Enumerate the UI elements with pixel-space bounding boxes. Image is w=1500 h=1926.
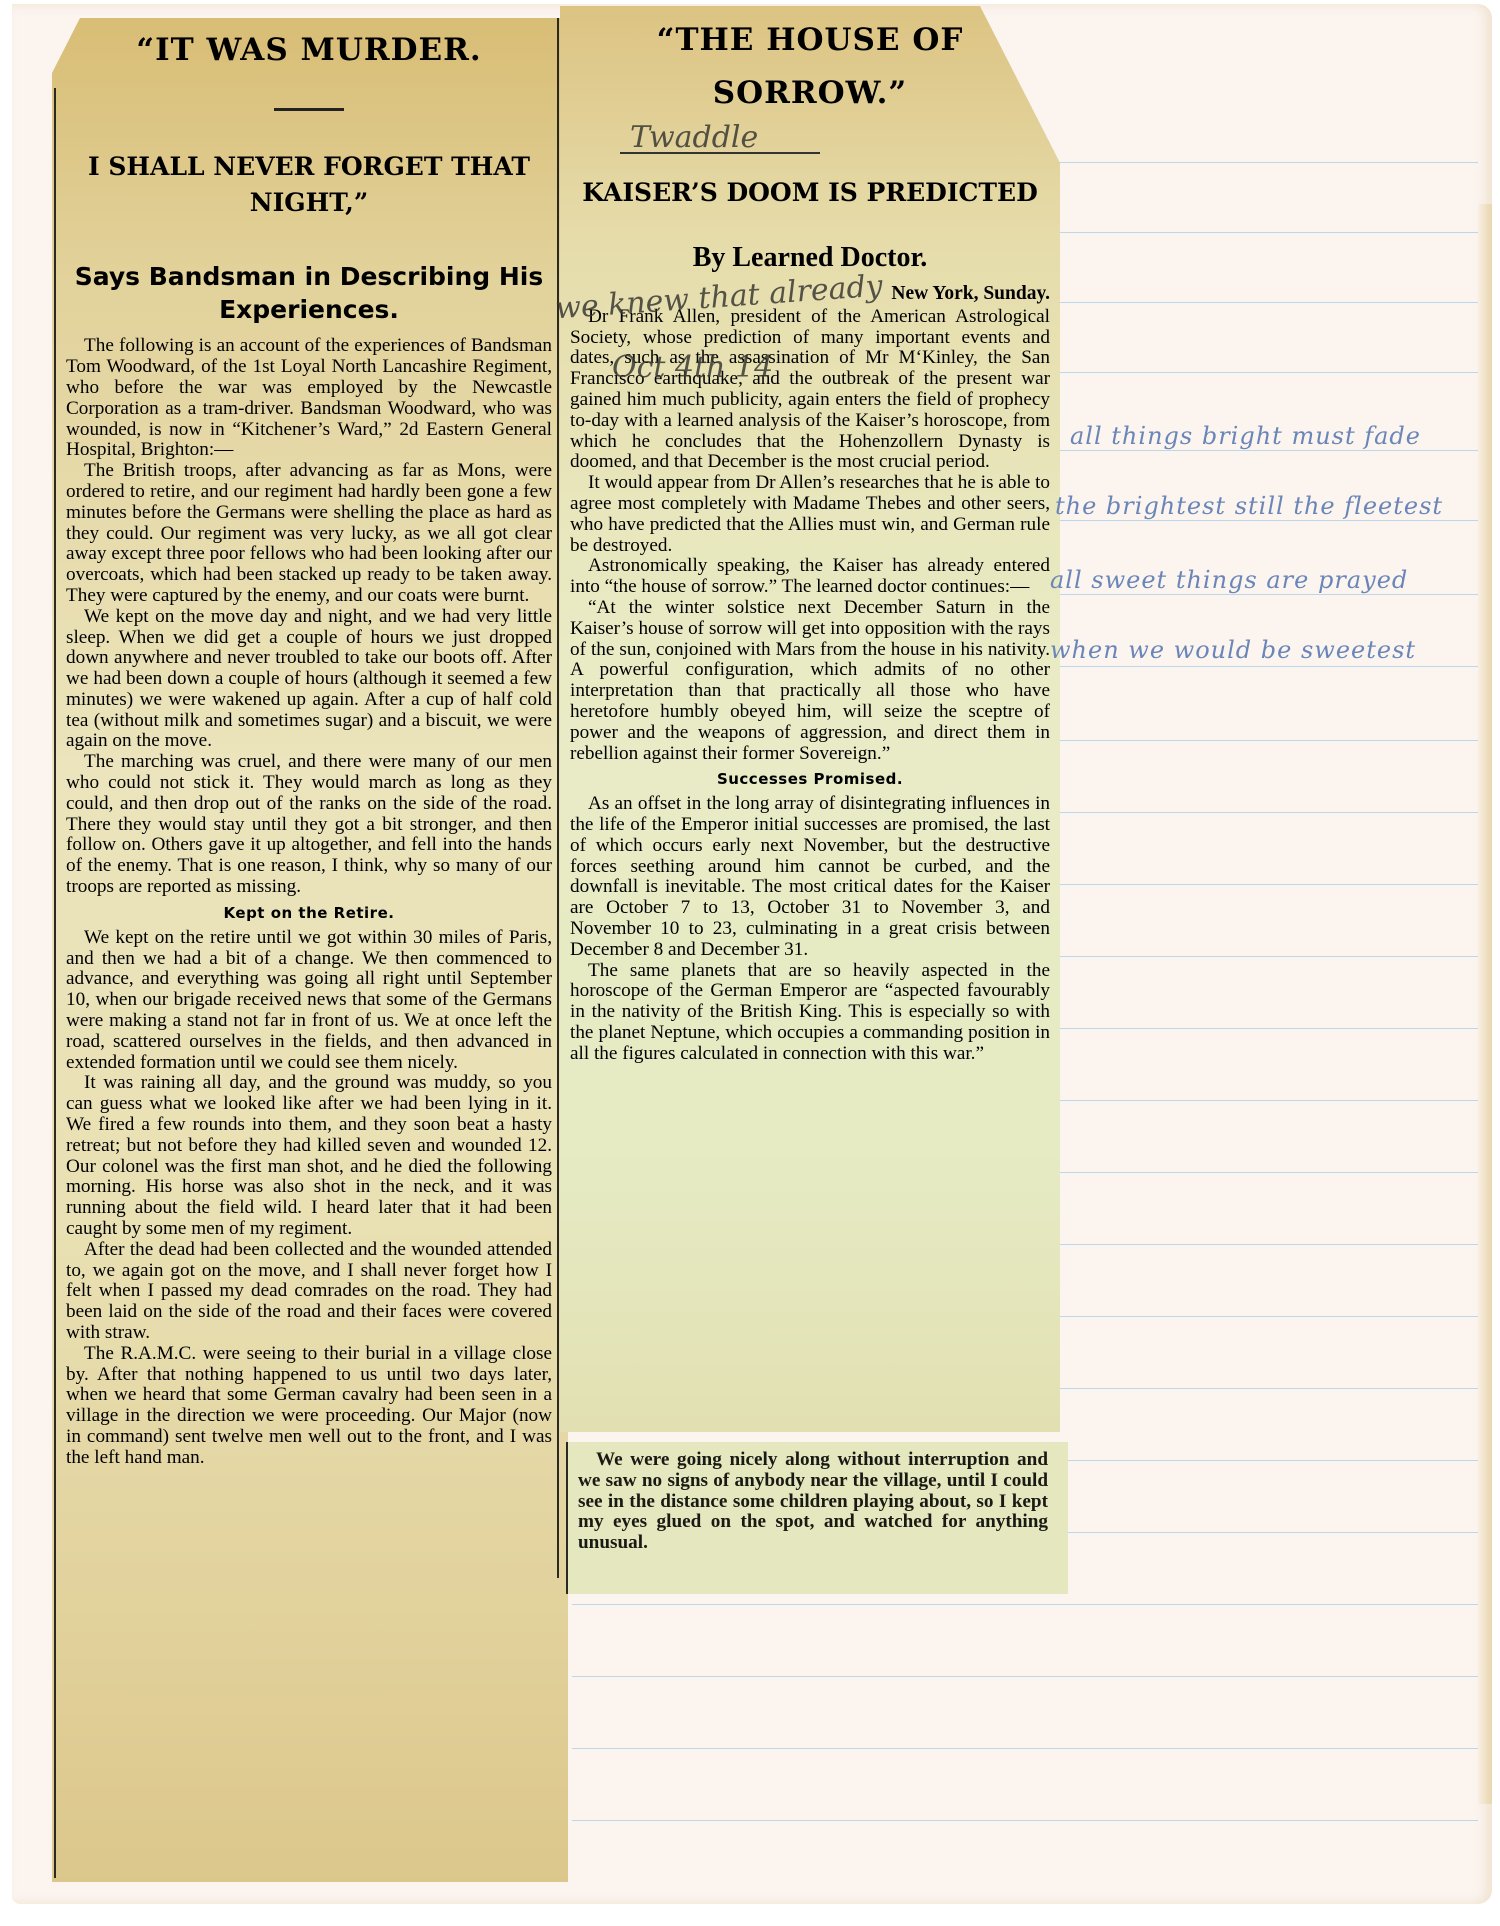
- headline: “THE HOUSE OF SORROW.”: [570, 14, 1050, 119]
- handwritten-note-twaddle: Twaddle: [630, 120, 758, 155]
- article-house-of-sorrow: “THE HOUSE OF SORROW.” KAISER’S DOOM IS …: [570, 14, 1050, 1065]
- paragraph: The R.A.M.C. were seeing to their burial…: [66, 1344, 552, 1469]
- paragraph: The marching was cruel, and there were m…: [66, 752, 552, 898]
- paragraph: It was raining all day, and the ground w…: [66, 1073, 552, 1239]
- margin-handwriting-line: all sweet things are prayed: [1050, 566, 1408, 594]
- subheadline: I SHALL NEVER FORGET THAT NIGHT,”: [66, 149, 552, 222]
- deck: Says Bandsman in Describing His Experien…: [66, 261, 552, 326]
- ruled-line: [572, 1604, 1478, 1605]
- paragraph: It would appear from Dr Allen’s research…: [570, 473, 1050, 556]
- paragraph: The following is an account of the exper…: [66, 336, 552, 461]
- divider: [274, 108, 344, 111]
- handwritten-note-date: Oct 4th 14: [612, 350, 773, 385]
- handwritten-underline: [620, 152, 820, 154]
- subheadline: KAISER’S DOOM IS PREDICTED: [570, 165, 1050, 220]
- ruled-line: [572, 1820, 1478, 1821]
- continuation-text: We were going nicely along without inter…: [578, 1450, 1048, 1554]
- deck: By Learned Doctor.: [570, 240, 1050, 276]
- article-it-was-murder: “IT WAS MURDER. I SHALL NEVER FORGET THA…: [66, 22, 552, 1469]
- section-subhead: Kept on the Retire.: [66, 904, 552, 922]
- paragraph: The same planets that are so heavily asp…: [570, 961, 1050, 1065]
- paragraph: After the dead had been collected and th…: [66, 1240, 552, 1344]
- margin-handwriting-line: when we would be sweetest: [1050, 636, 1416, 664]
- column-rule: [54, 88, 56, 1878]
- ruled-line: [572, 1676, 1478, 1677]
- paragraph: Astronomically speaking, the Kaiser has …: [570, 556, 1050, 598]
- paragraph: As an offset in the long array of disint…: [570, 794, 1050, 960]
- newspaper-clipping-continuation: We were going nicely along without inter…: [566, 1442, 1068, 1594]
- ruled-line: [572, 1748, 1478, 1749]
- margin-handwriting-line: all things bright must fade: [1070, 422, 1421, 450]
- paragraph: “At the winter solstice next December Sa…: [570, 598, 1050, 764]
- page-edge-stain: [1478, 204, 1492, 1804]
- section-subhead: Successes Promised.: [570, 770, 1050, 788]
- paragraph: We kept on the move day and night, and w…: [66, 607, 552, 753]
- paragraph: The British troops, after advancing as f…: [66, 461, 552, 607]
- paragraph: Dr Frank Allen, president of the America…: [570, 307, 1050, 473]
- paragraph: We kept on the retire until we got withi…: [66, 928, 552, 1074]
- column-rule: [557, 18, 559, 1578]
- headline: “IT WAS MURDER.: [66, 30, 552, 72]
- margin-handwriting-line: the brightest still the fleetest: [1055, 492, 1443, 520]
